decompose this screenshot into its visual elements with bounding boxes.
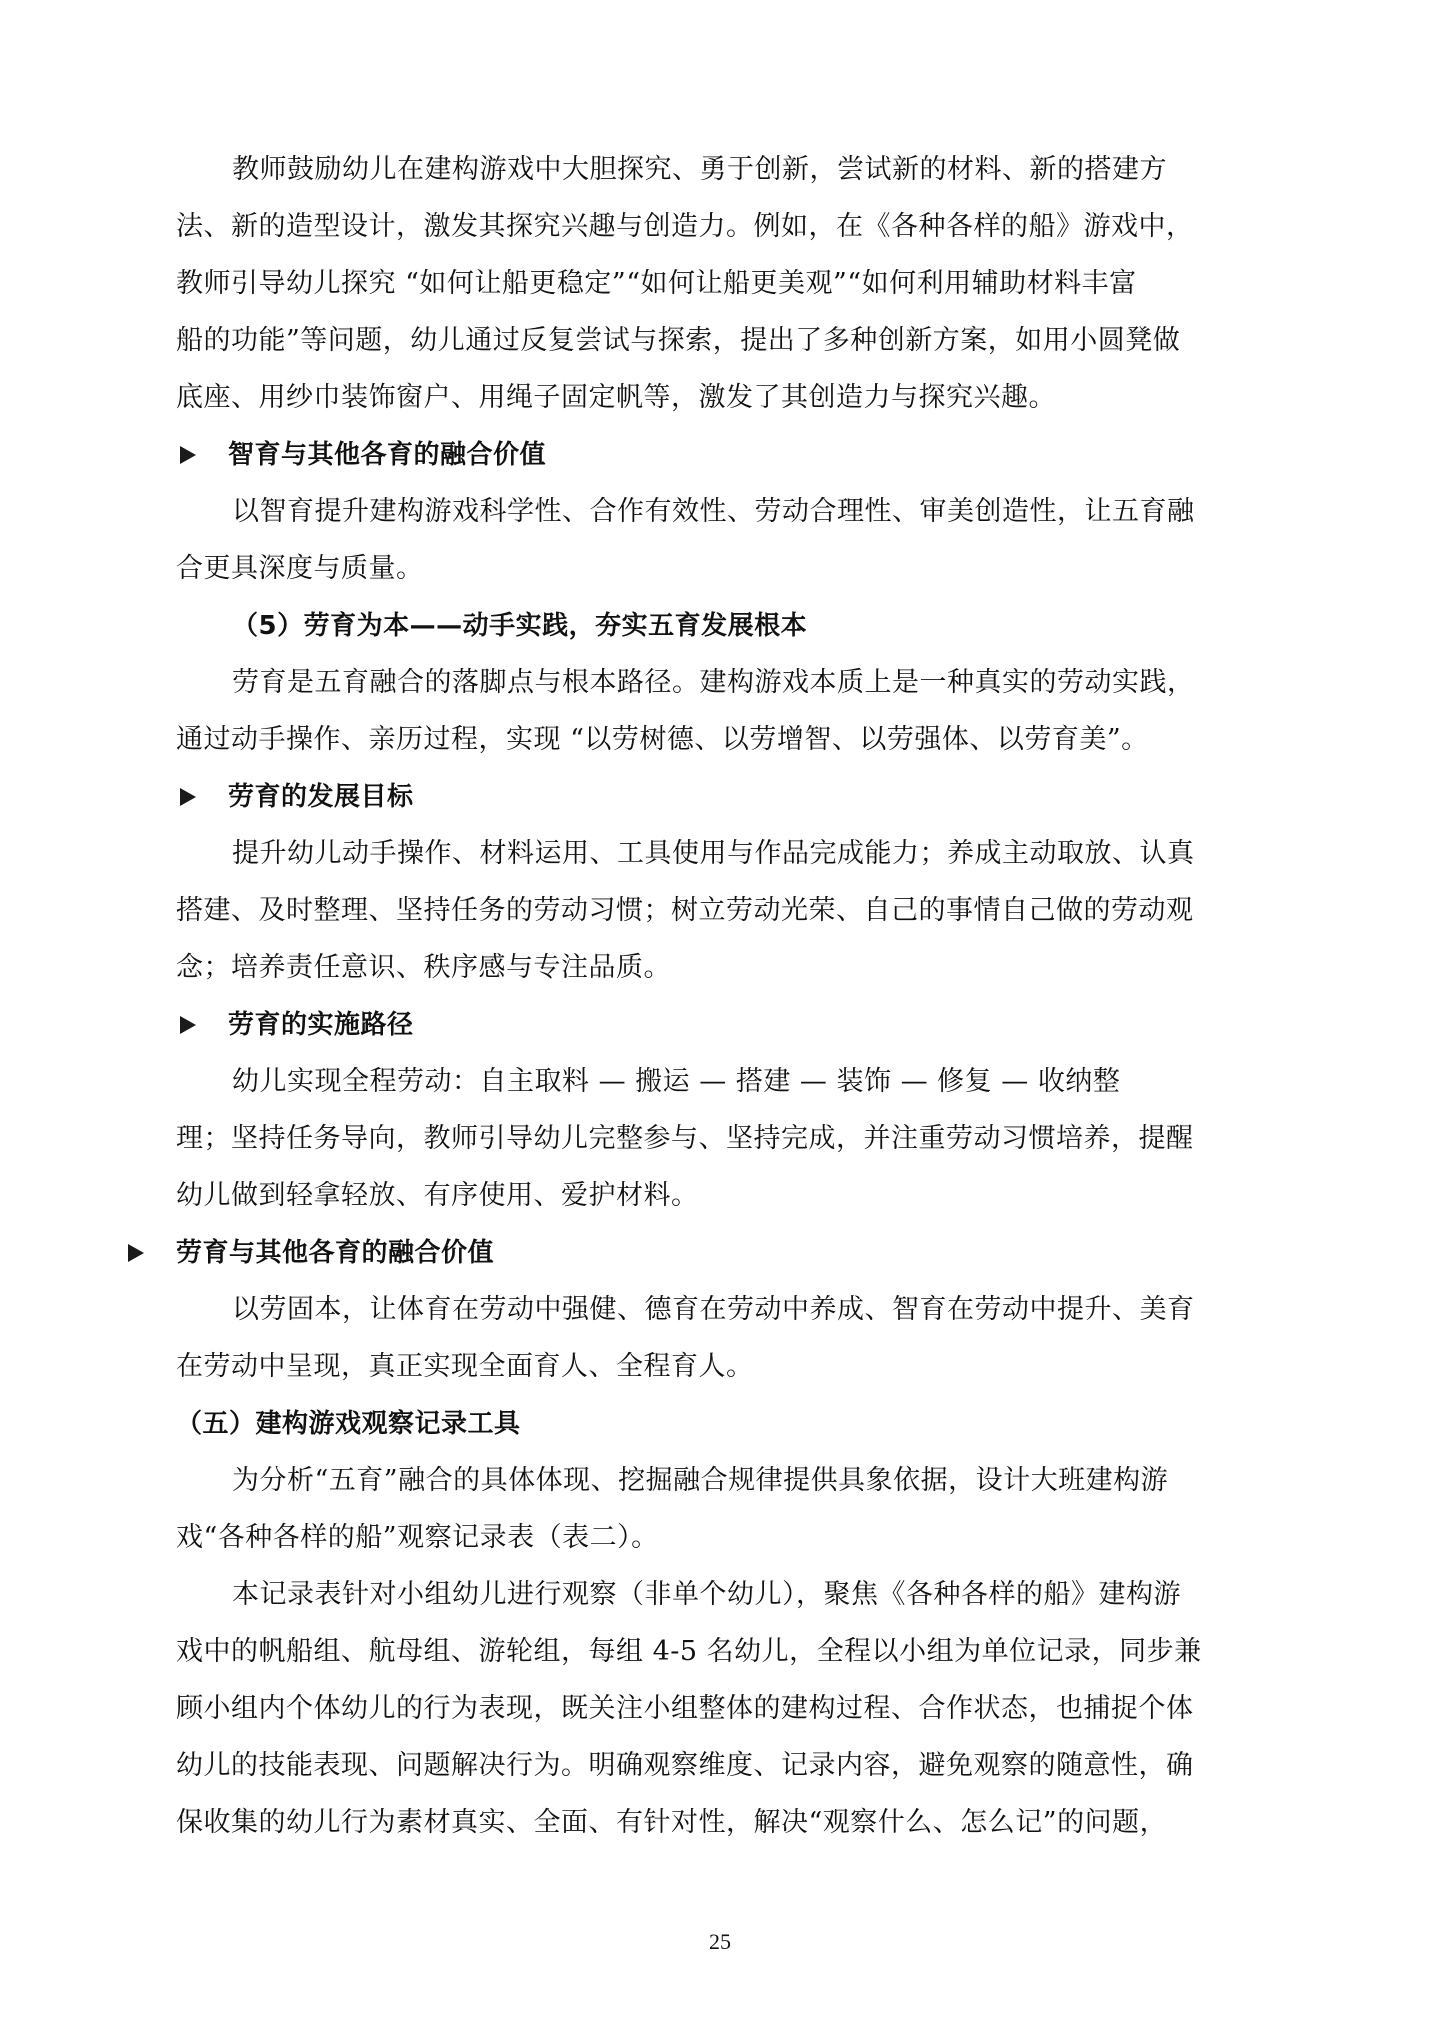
paragraph-line: 提升幼儿动手操作、材料运用、工具使用与作品完成能力；养成主动取放、认真 [232,836,1195,872]
subheading-zhiyu-fusion: 智育与其他各育的融合价值 [228,437,546,473]
page-number: 25 [0,1928,1440,1956]
paragraph-line: 搭建、及时整理、坚持任务的劳动习惯；树立劳动光荣、自己的事情自己做的劳动观 [176,893,1194,929]
paragraph-line: 底座、用纱巾装饰窗户、用绳子固定帆等，激发了其创造力与探究兴趣。 [176,380,1056,416]
arrowhead-bullet-icon [180,1016,196,1034]
paragraph-line: 合更具深度与质量。 [176,551,424,587]
paragraph-line: 戏中的帆船组、航母组、游轮组，每组 4-5 名幼儿，全程以小组为单位记录，同步兼 [176,1634,1202,1670]
paragraph-line: 通过动手操作、亲历过程，实现 “以劳树德、以劳增智、以劳强体、以劳育美”。 [176,722,1149,758]
paragraph-line: 船的功能”等问题，幼儿通过反复尝试与探索，提出了多种创新方案，如用小圆凳做 [176,323,1180,359]
paragraph-line: 以劳固本，让体育在劳动中强健、德育在劳动中养成、智育在劳动中提升、美育 [232,1292,1195,1328]
paragraph-line: 以智育提升建构游戏科学性、合作有效性、劳动合理性、审美创造性，让五育融 [232,494,1195,530]
paragraph-line: 戏“各种各样的船”观察记录表（表二）。 [176,1520,659,1556]
paragraph-line: 幼儿做到轻拿轻放、有序使用、爱护材料。 [176,1178,699,1214]
paragraph-line: 念；培养责任意识、秩序感与专注品质。 [176,950,671,986]
paragraph-line: 劳育是五育融合的落脚点与根本路径。建构游戏本质上是一种真实的劳动实践， [232,665,1195,701]
paragraph-line: 教师引导幼儿探究 “如何让船更稳定”“如何让船更美观”“如何利用辅助材料丰富 [176,266,1137,302]
paragraph-line: 保收集的幼儿行为素材真实、全面、有针对性，解决“观察什么、怎么记”的问题， [176,1805,1167,1841]
section-heading-five: （五）建构游戏观察记录工具 [176,1406,521,1442]
arrowhead-bullet-icon [180,788,196,806]
paragraph-line: 顾小组内个体幼儿的行为表现，既关注小组整体的建构过程、合作状态，也捕捉个体 [176,1691,1194,1727]
subheading-laoyu-fusion: 劳育与其他各育的融合价值 [176,1235,494,1271]
paragraph-line: 本记录表针对小组幼儿进行观察（非单个幼儿），聚焦《各种各样的船》建构游 [232,1577,1181,1613]
paragraph-line: 在劳动中呈现，真正实现全面育人、全程育人。 [176,1349,754,1385]
paragraph-line: 幼儿的技能表现、问题解决行为。明确观察维度、记录内容，避免观察的随意性，确 [176,1748,1194,1784]
paragraph-line: 为分析“五育”融合的具体体现、挖掘融合规律提供具象依据，设计大班建构游 [232,1463,1168,1499]
subheading-laoyu-goal: 劳育的发展目标 [228,779,414,815]
paragraph-line: 幼儿实现全程劳动：自主取料 — 搬运 — 搭建 — 装饰 — 修复 — 收纳整 [232,1064,1120,1100]
subheading-laoyu-path: 劳育的实施路径 [228,1007,414,1043]
paragraph-line: 教师鼓励幼儿在建构游戏中大胆探究、勇于创新，尝试新的材料、新的搭建方 [232,152,1167,188]
section-heading-5: （5）劳育为本——动手实践，夯实五育发展根本 [232,608,807,644]
paragraph-line: 法、新的造型设计，激发其探究兴趣与创造力。例如，在《各种各样的船》游戏中， [176,209,1194,245]
arrowhead-bullet-icon [128,1244,144,1262]
arrowhead-bullet-icon [180,446,196,464]
paragraph-line: 理；坚持任务导向，教师引导幼儿完整参与、坚持完成，并注重劳动习惯培养，提醒 [176,1121,1194,1157]
